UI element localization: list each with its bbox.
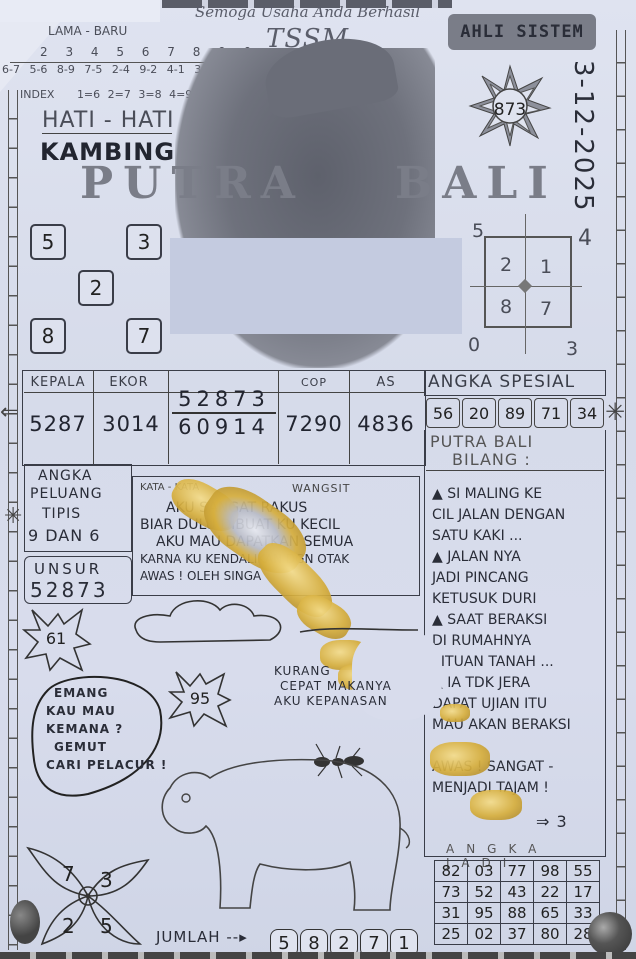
grid-cell: 17 <box>567 882 600 903</box>
angka-jadi-grid: 8203779855735243221731958865332502378028 <box>434 860 600 945</box>
thought-line: KURANG <box>274 664 392 679</box>
arrow-right-icon: --▸ <box>226 928 247 946</box>
grid-cell: 82 <box>435 861 468 882</box>
grid-cell: 37 <box>501 924 534 945</box>
burst-left-number: 61 <box>36 628 76 648</box>
redacted-area <box>170 238 462 334</box>
peluang-value: 9 DAN 6 <box>28 526 100 545</box>
wangsit-header-right: WANGSIT <box>292 482 351 495</box>
title-left: PUTRA <box>80 158 305 209</box>
kepala-value: 5287 <box>24 404 92 444</box>
cop-label: COP <box>280 372 348 392</box>
grid-cell: 98 <box>534 861 567 882</box>
grid-cell: 25 <box>435 924 468 945</box>
grid-cell: 95 <box>468 903 501 924</box>
speech-line: EMANG <box>46 684 167 702</box>
hippo-illustration <box>150 748 420 918</box>
compass-corner: 3 <box>566 338 578 360</box>
asterisk-ornament-icon: ✳ <box>4 504 22 529</box>
spesial-value: 71 <box>534 398 568 428</box>
arrow-left-icon: ⇐ <box>0 400 18 425</box>
col-divider <box>93 370 94 464</box>
shio-box: 2 <box>78 270 114 306</box>
speech-line: KAU MAU <box>46 702 167 720</box>
bilang-line: KETUSUK DURI <box>432 589 604 610</box>
prediction-sheet: Semoga Usaha Anda Berhasil TSSM AHLI SIS… <box>0 0 636 959</box>
bilang-line: ▲ SAAT BERAKSI <box>432 610 604 631</box>
bilang-line: ▲ JALAN NYA <box>432 547 604 568</box>
burst-middle-number: 95 <box>180 688 220 708</box>
star-number: 873 <box>480 100 540 120</box>
flower-number: 3 <box>100 868 113 892</box>
compass-corner: 4 <box>578 226 592 251</box>
flower-number: 2 <box>62 914 75 938</box>
ekor-value: 3014 <box>95 404 167 444</box>
bottom-border-strip <box>0 952 636 959</box>
grid-cell: 55 <box>567 861 600 882</box>
grid-cell: 88 <box>501 903 534 924</box>
thought-line: AKU KEPANASAN <box>274 694 392 709</box>
unsur-value: 52873 <box>30 578 109 602</box>
thought-line: CEPAT MAKANYA <box>274 679 392 694</box>
as-value: 4836 <box>350 404 422 444</box>
corner-ball-ornament <box>588 912 632 956</box>
grid-cell: 73 <box>435 882 468 903</box>
warning-label: HATI - HATI <box>42 108 175 133</box>
unsur-label: UNSUR <box>34 560 102 578</box>
grid-cell: 65 <box>534 903 567 924</box>
arrow-number: 3 <box>557 812 568 831</box>
table-row: 8203779855 <box>435 861 600 882</box>
index-label: INDEX <box>20 88 54 101</box>
bilang-line: ▲ SI MALING KE <box>432 484 604 505</box>
table-row: 7352432217 <box>435 882 600 903</box>
shio-box: 7 <box>126 318 162 354</box>
jumlah-text: JUMLAH <box>156 928 221 946</box>
grid-cell: 43 <box>501 882 534 903</box>
peluang-line2: PELUANG <box>30 486 103 502</box>
flower-number: 7 <box>62 862 75 886</box>
as-label: AS <box>350 372 422 392</box>
col-divider <box>168 370 169 464</box>
compass-cell: 1 <box>540 256 552 278</box>
warning-underline <box>42 133 172 134</box>
compass-corner: 0 <box>468 334 480 356</box>
bilang-title-line2: BILANG : <box>452 450 531 469</box>
gold-ornament-overlay <box>440 704 470 722</box>
angka-spesial-label: ANGKA SPESIAL <box>428 372 575 392</box>
col-divider <box>278 370 279 464</box>
bbfs-bottom: 60914 <box>170 412 278 442</box>
grid-cell: 03 <box>468 861 501 882</box>
grid-cell: 31 <box>435 903 468 924</box>
grid-cell: 52 <box>468 882 501 903</box>
spesial-value: 34 <box>570 398 604 428</box>
grid-cell: 77 <box>501 861 534 882</box>
spesial-value: 89 <box>498 398 532 428</box>
thought-text: KURANG CEPAT MAKANYA AKU KEPANASAN <box>274 664 392 709</box>
ekor-label: EKOR <box>95 372 163 392</box>
gold-ornament-overlay <box>470 790 522 820</box>
brand-badge: AHLI SISTEM <box>448 14 596 50</box>
spesial-value: 20 <box>462 398 496 428</box>
bbfs-top: 52873 <box>170 384 278 414</box>
shio-box: 8 <box>30 318 66 354</box>
flower-number: 5 <box>100 914 113 938</box>
compass-cell: 2 <box>500 254 512 276</box>
gold-ornament-overlay <box>430 742 490 776</box>
bilang-line: DI RUMAHNYA <box>432 631 604 652</box>
shio-box: 5 <box>30 224 66 260</box>
table-row: 3195886533 <box>435 903 600 924</box>
speech-line: KEMANA ? <box>46 720 167 738</box>
jumlah-label: JUMLAH --▸ <box>156 928 248 946</box>
grid-cell: 22 <box>534 882 567 903</box>
grid-cell: 80 <box>534 924 567 945</box>
shio-box: 3 <box>126 224 162 260</box>
paper-fold <box>0 0 160 22</box>
bilang-line: JADI PINCANG <box>432 568 604 589</box>
kepala-label: KEPALA <box>24 372 92 392</box>
right-border-rail <box>616 30 626 950</box>
bilang-title-line1: PUTRA BALI <box>430 432 533 451</box>
date: 3-12-2025 <box>568 60 598 213</box>
flower-ornament <box>24 840 154 950</box>
table-row: 2502378028 <box>435 924 600 945</box>
compass-corner: 5 <box>472 220 484 242</box>
cop-value: 7290 <box>280 404 348 444</box>
bilang-line: ▲ IA TDK JERA <box>432 673 604 694</box>
lama-baru-title: LAMA - BARU <box>48 24 127 38</box>
bilang-line: SATU KAKI ... <box>432 526 604 547</box>
bilang-divider <box>426 470 604 471</box>
title-right: BALI <box>395 158 558 209</box>
compass-cell: 7 <box>540 298 552 320</box>
peluang-line3: TIPIS <box>42 506 81 522</box>
arrow-label: ⇒ 3 <box>536 812 568 831</box>
slogan: Semoga Usaha Anda Berhasil <box>195 3 420 21</box>
asterisk-ornament-icon: ✳ <box>605 398 625 426</box>
cloud-illustration <box>130 590 420 650</box>
bilang-line: CIL JALAN DENGAN <box>432 505 604 526</box>
compass-cell: 8 <box>500 296 512 318</box>
bilang-line: SITUAN TANAH ... <box>432 652 604 673</box>
spesial-value: 56 <box>426 398 460 428</box>
arrow-right-icon: ⇒ <box>536 812 550 831</box>
peluang-line1: ANGKA <box>38 468 92 484</box>
grid-cell: 02 <box>468 924 501 945</box>
